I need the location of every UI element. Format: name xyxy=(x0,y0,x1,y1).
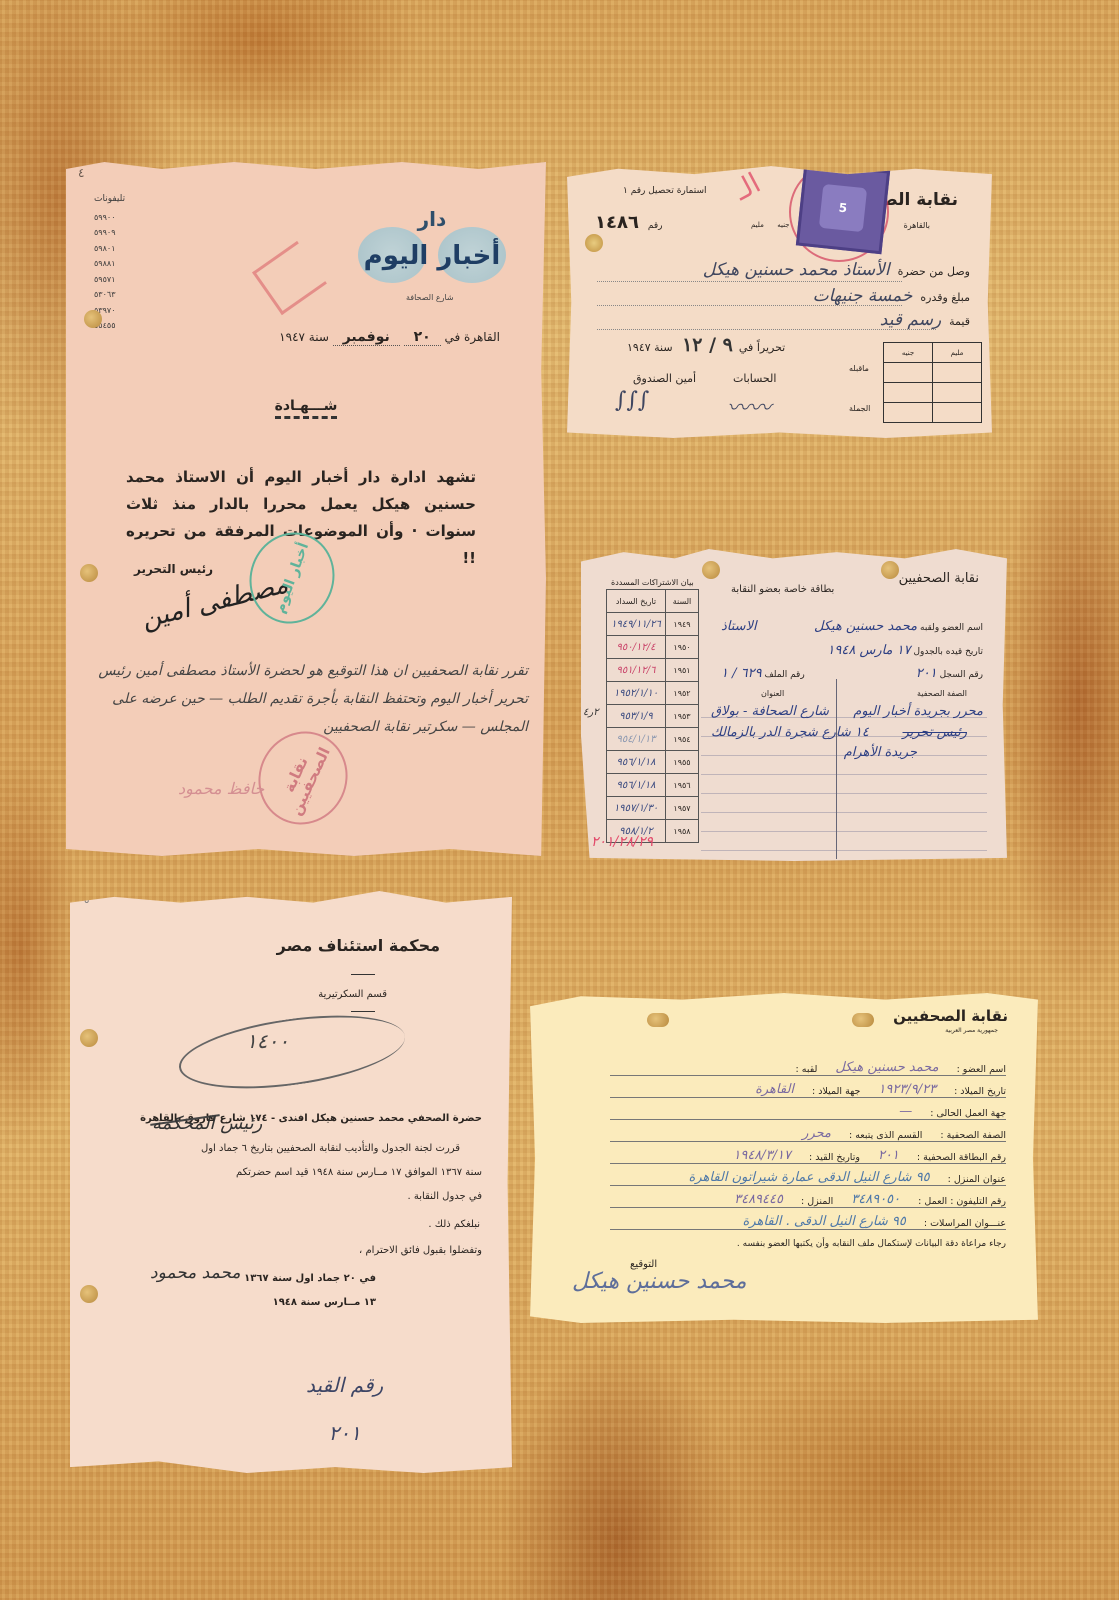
form-field-row: عنوان المنزل :٩٥ شارع النيل الدقى عمارة … xyxy=(610,1167,1006,1186)
form-note: رجاء مراعاة دقة البيانات لإستكمال ملف ال… xyxy=(737,1239,1006,1249)
document-title: شـــهـادة xyxy=(66,398,546,414)
form-field-row: عنـــوان المراسلات :٩٥ شارع النيل الدقى … xyxy=(610,1211,1006,1230)
court-name: محكمة استئناف مصر xyxy=(277,936,440,955)
date-line: القاهرة في ٢٠ نوفمبر سنة ١٩٤٧ xyxy=(279,329,500,345)
receipt-number: رقم ١٤٨٦ xyxy=(595,212,662,233)
punch-hole xyxy=(84,310,102,328)
president-signature: محمد محمود xyxy=(150,1263,241,1283)
dues-row: ١٩٥٧١٩٥٧/١/٣٠ xyxy=(607,797,699,820)
dues-row: ١٩٥٥٩٥٦/١/١٨ xyxy=(607,751,699,774)
amount-row: مبلغ وقدره خمسة جنيهات xyxy=(813,286,970,306)
enrollment-date-field: تاريخ قيده بالجدول ١٧ مارس ١٩٤٨ xyxy=(827,643,983,658)
dues-row: ١٩٥٠٩٥٠/١٢/٤ xyxy=(607,636,699,659)
punch-hole xyxy=(80,1285,98,1303)
member-signature: محمد حسنين هيكل xyxy=(572,1269,747,1294)
telephone-number: ٥٩٩٠٩ xyxy=(94,225,125,241)
department: قسم السكرتيرية xyxy=(318,989,387,1000)
subscriptions-title: بيان الاشتراكات المسددة xyxy=(611,578,694,587)
red-pencil-mark xyxy=(252,241,327,315)
form-field-row: اسم العضو :محمد حسنين هيكللقبه : xyxy=(610,1057,1006,1076)
filed-number: ١٤٠٠ xyxy=(246,1029,289,1053)
dues-row: ١٩٥٦٩٥٦/١/١٨ xyxy=(607,774,699,797)
court-of-appeal-letter: ٥ محكمة استئناف مصر قسم السكرتيرية ١٤٠٠ … xyxy=(70,891,512,1473)
registration-note: رقم القيد ٢٠١ xyxy=(306,1361,383,1457)
chief-editor-label: رئيس التحرير xyxy=(134,562,213,576)
form-field-row: تاريخ الميلاد :١٩٢٣/٩/٢٣جهة الميلاد :الق… xyxy=(610,1079,1006,1098)
telephone-number: ٥٩٨٠١ xyxy=(94,241,125,257)
card-title: بطاقة خاصة بعضو النقابة xyxy=(731,584,834,595)
membership-record-card: نقابة الصحفيين بطاقة خاصة بعضو النقابة ب… xyxy=(581,549,1007,861)
telephone-number: ٥٣٠٦٣ xyxy=(94,287,125,303)
received-from-row: وصل من حضرة الأستاذ محمد حسنين هيكل xyxy=(703,260,970,280)
syndicate-name: نقابة الصحفيين xyxy=(899,571,979,586)
syndicate-member-form: نقابة الصحفيين جمهورية مصر العربية اسم ا… xyxy=(530,993,1038,1323)
telephone-number: ٥٩٨٨١ xyxy=(94,256,125,272)
punch-hole xyxy=(647,1013,669,1027)
red-mark: الـ xyxy=(729,166,766,207)
dated-line: تحريراً في٩ / ١٢ سنة ١٩٤٧ xyxy=(627,334,785,356)
role-value: محرر بجريدة أخبار اليوم xyxy=(853,704,983,719)
dues-row: ١٩٥٢١٩٥٢/١/١٠ xyxy=(607,682,699,705)
page-number: ٤ xyxy=(78,166,84,180)
form-field-row: الصفة الصحفية :القسم الذى يتبعه :محرر xyxy=(610,1123,1006,1142)
president-title-handwritten: رئيس المحكمة xyxy=(152,1113,262,1135)
dues-row: ١٩٥٤٩٥٤/١/١٣ xyxy=(607,728,699,751)
handwritten-endorsement: تقرر نقابة الصحفيين ان هذا التوقيع هو لح… xyxy=(76,657,528,741)
amount-table: جنيهمليم xyxy=(883,342,982,423)
form-field-row: جهة العمل الحالى :— xyxy=(610,1101,1006,1120)
value-row: قيمة رسم قيد xyxy=(880,310,970,330)
akhbar-el-yom-logo: دار أخبار اليوم xyxy=(358,207,506,283)
pencil-oval xyxy=(175,1003,410,1100)
file-number-field: رقم الملف ٦٢٩ / ١ xyxy=(721,666,805,681)
dues-table: السنة تاريخ السداد ١٩٤٩١٩٤٩/١١/٢٦١٩٥٠٩٥٠… xyxy=(606,589,699,843)
revenue-stamp-icon: 5 xyxy=(796,162,890,255)
accountant-signature: 〰〰 xyxy=(727,391,771,422)
dues-row: ١٩٤٩١٩٤٩/١١/٢٦ xyxy=(607,613,699,636)
syndicate-name: نقابة الصحفيين xyxy=(893,1007,1008,1025)
cashier-signature: ∫∫∫ xyxy=(615,388,649,413)
punch-hole xyxy=(80,1029,98,1047)
form-field-row: رقم البطاقة الصحفية :٢٠١وتاريخ القيد :١٩… xyxy=(610,1145,1006,1164)
dues-row: ١٩٥٣٩٥٣/١/٩ xyxy=(607,705,699,728)
collection-receipt: نقابة الصحفيين بالقاهرة استمارة تحصيل رق… xyxy=(567,166,992,438)
street-address: شارع الصحافة xyxy=(406,293,454,302)
form-field-row: رقم التليفون : العمل :٣٤٨٩٠٥٠المنزل :٣٤٨… xyxy=(610,1189,1006,1208)
form-label: استمارة تحصيل رقم ١ xyxy=(623,186,706,196)
red-annotation: ٢٠١/٢٨/٢٩ xyxy=(591,834,653,850)
dues-row: ١٩٥١٩٥١/١٢/٦ xyxy=(607,659,699,682)
punch-hole xyxy=(702,561,720,579)
punch-hole xyxy=(881,561,899,579)
secretary-signature: حافظ محمود xyxy=(178,779,264,798)
telephone-number: ٥٩٩٠٠ xyxy=(94,210,125,226)
member-name-field: اسم العضو ولقبه محمد حسنين هيكل xyxy=(814,619,983,634)
register-number-field: رقم السجل ٢٠١ xyxy=(916,666,983,681)
telephone-number: ٥٩٥٧١ xyxy=(94,272,125,288)
punch-hole xyxy=(585,234,603,252)
punch-hole xyxy=(852,1013,874,1027)
address-value: شارع الصحافة - بولاق xyxy=(711,704,829,719)
punch-hole xyxy=(80,564,98,582)
akhbar-el-yom-certificate: ٤ تليفونات ٥٩٩٠٠٥٩٩٠٩٥٩٨٠١٥٩٨٨١٥٩٥٧١٥٣٠٦… xyxy=(66,162,546,856)
